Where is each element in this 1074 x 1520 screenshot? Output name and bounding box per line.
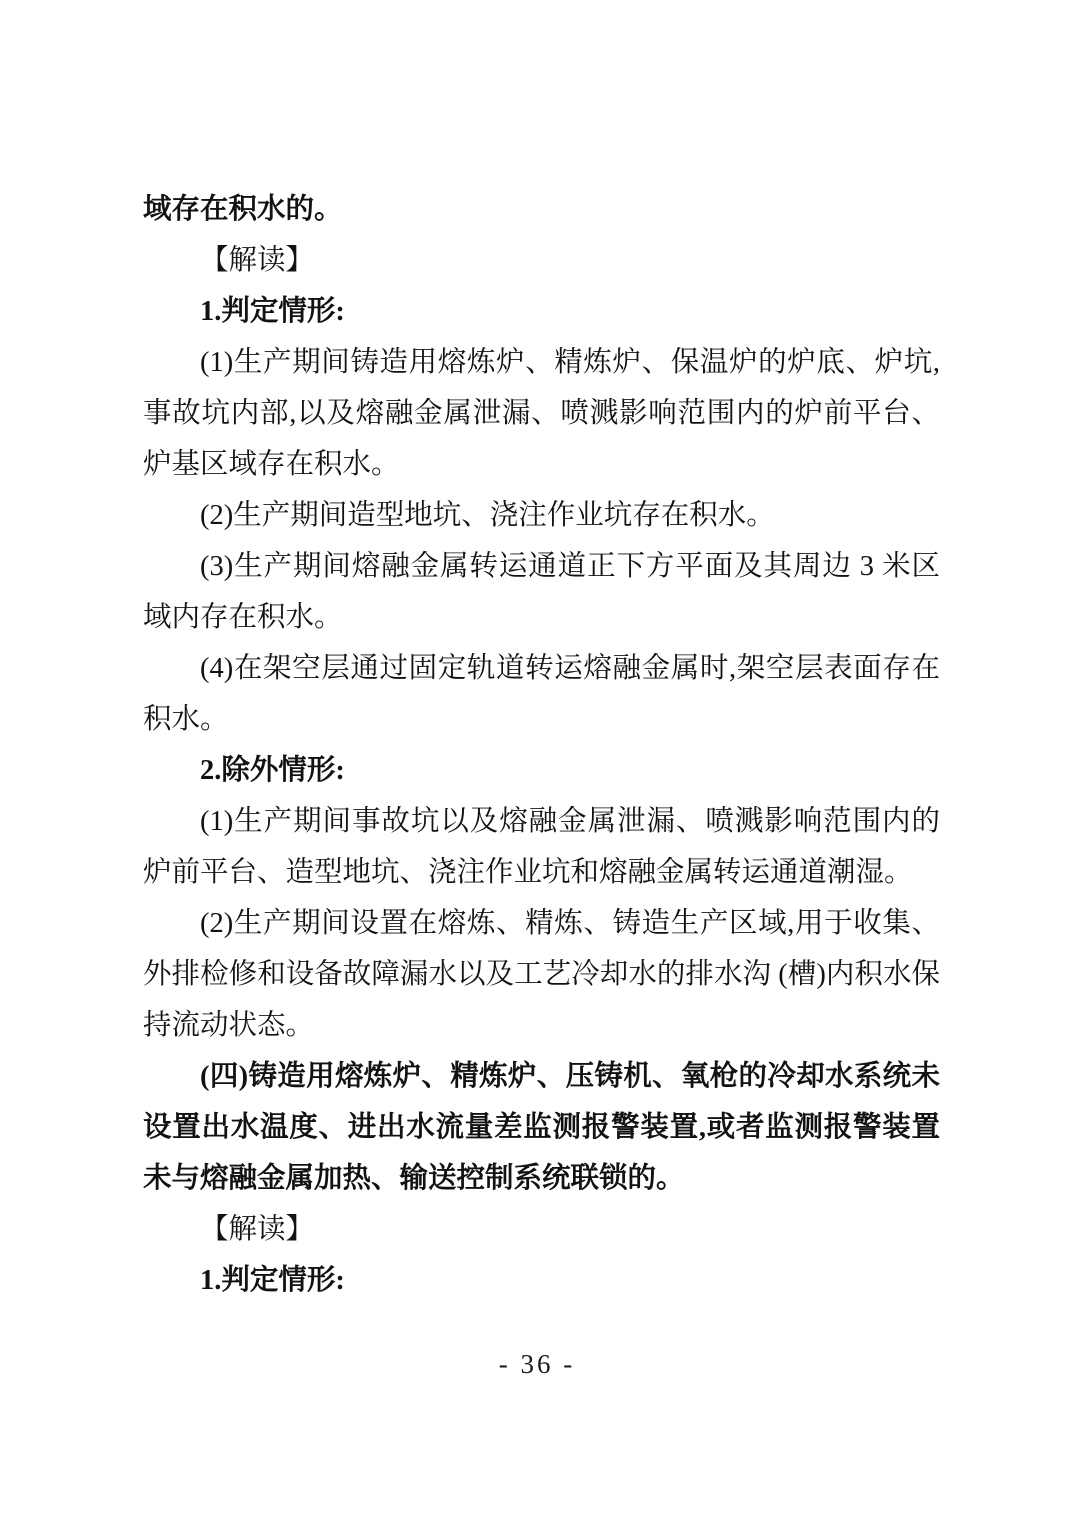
heading-exclusion: 2.除外情形: <box>143 745 940 796</box>
determination-item-1: (1)生产期间铸造用熔炼炉、精炼炉、保温炉的炉底、炉坑,事故坑内部,以及熔融金属… <box>143 337 940 490</box>
exclusion-item-1: (1)生产期间事故坑以及熔融金属泄漏、喷溅影响范围内的炉前平台、造型地坑、浇注作… <box>143 796 940 898</box>
heading-determination-1: 1.判定情形: <box>143 286 940 337</box>
determination-item-3: (3)生产期间熔融金属转运通道正下方平面及其周边 3 米区域内存在积水。 <box>143 541 940 643</box>
document-page: 域存在积水的。 【解读】 1.判定情形: (1)生产期间铸造用熔炼炉、精炼炉、保… <box>0 0 1074 1520</box>
page-number: - 36 - <box>499 1349 575 1379</box>
exclusion-item-2: (2)生产期间设置在熔炼、精炼、铸造生产区域,用于收集、外排检修和设备故障漏水以… <box>143 898 940 1051</box>
clause-four-bold: (四)铸造用熔炼炉、精炼炉、压铸机、氧枪的冷却水系统未设置出水温度、进出水流量差… <box>143 1051 940 1204</box>
heading-determination-2: 1.判定情形: <box>143 1255 940 1306</box>
determination-item-2: (2)生产期间造型地坑、浇注作业坑存在积水。 <box>143 490 940 541</box>
paragraph-bold-continuation: 域存在积水的。 <box>143 184 940 235</box>
section-label-jiedu-2: 【解读】 <box>143 1204 940 1255</box>
determination-item-4: (4)在架空层通过固定轨道转运熔融金属时,架空层表面存在积水。 <box>143 643 940 745</box>
document-content: 域存在积水的。 【解读】 1.判定情形: (1)生产期间铸造用熔炼炉、精炼炉、保… <box>143 184 940 1306</box>
section-label-jiedu-1: 【解读】 <box>143 235 940 286</box>
page-footer: - 36 - <box>0 1344 1074 1384</box>
